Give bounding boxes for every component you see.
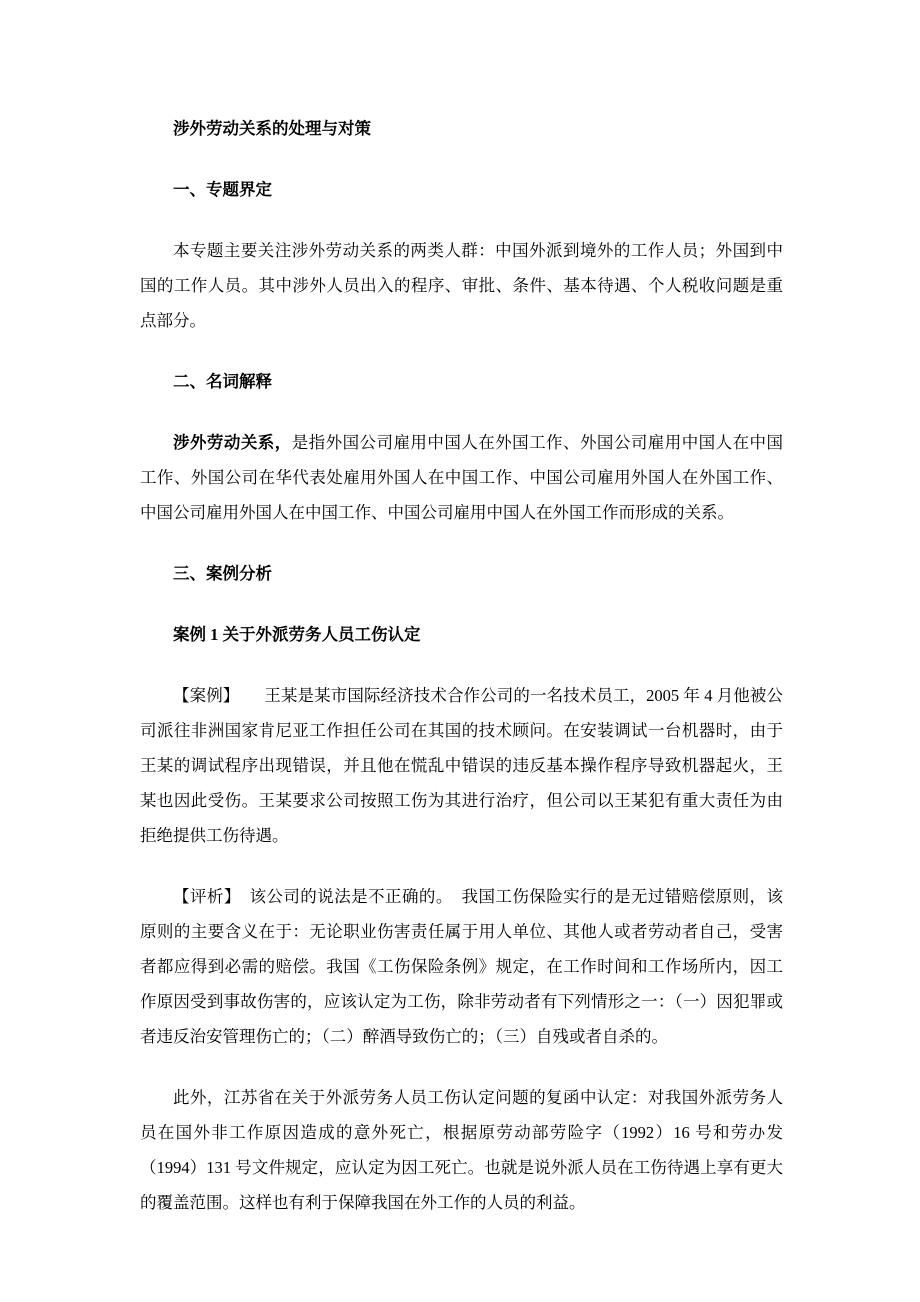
paragraph-topic-overview: 本专题主要关注涉外劳动关系的两类人群：中国外派到境外的工作人员；外国到中国的工作…	[140, 233, 783, 338]
paragraph-case-description: 【案例】 王某是某市国际经济技术合作公司的一名技术员工，2005 年 4 月他被…	[140, 678, 783, 853]
term-definition-lead: 涉外劳动关系，	[173, 433, 292, 452]
document-title: 涉外劳动关系的处理与对策	[140, 111, 783, 146]
paragraph-case-review: 【评析】 该公司的说法是不正确的。 我国工伤保险实行的是无过错赔偿原则，该原则的…	[140, 879, 783, 1054]
heading-case-1: 案例 1 关于外派劳务人员工伤认定	[140, 617, 783, 652]
heading-2-glossary: 二、名词解释	[140, 364, 783, 399]
paragraph-term-definition: 涉外劳动关系，是指外国公司雇用中国人在外国工作、外国公司雇用中国人在中国工作、外…	[140, 425, 783, 530]
heading-1-topic-scope: 一、专题界定	[140, 172, 783, 207]
heading-3-case-analysis: 三、案例分析	[140, 556, 783, 591]
paragraph-jiangsu-reply: 此外，江苏省在关于外派劳务人员工伤认定问题的复函中认定：对我国外派劳务人员在国外…	[140, 1080, 783, 1220]
document-body: 涉外劳动关系的处理与对策 一、专题界定 本专题主要关注涉外劳动关系的两类人群：中…	[140, 111, 783, 1246]
document-page: 涉外劳动关系的处理与对策 一、专题界定 本专题主要关注涉外劳动关系的两类人群：中…	[0, 0, 920, 1302]
